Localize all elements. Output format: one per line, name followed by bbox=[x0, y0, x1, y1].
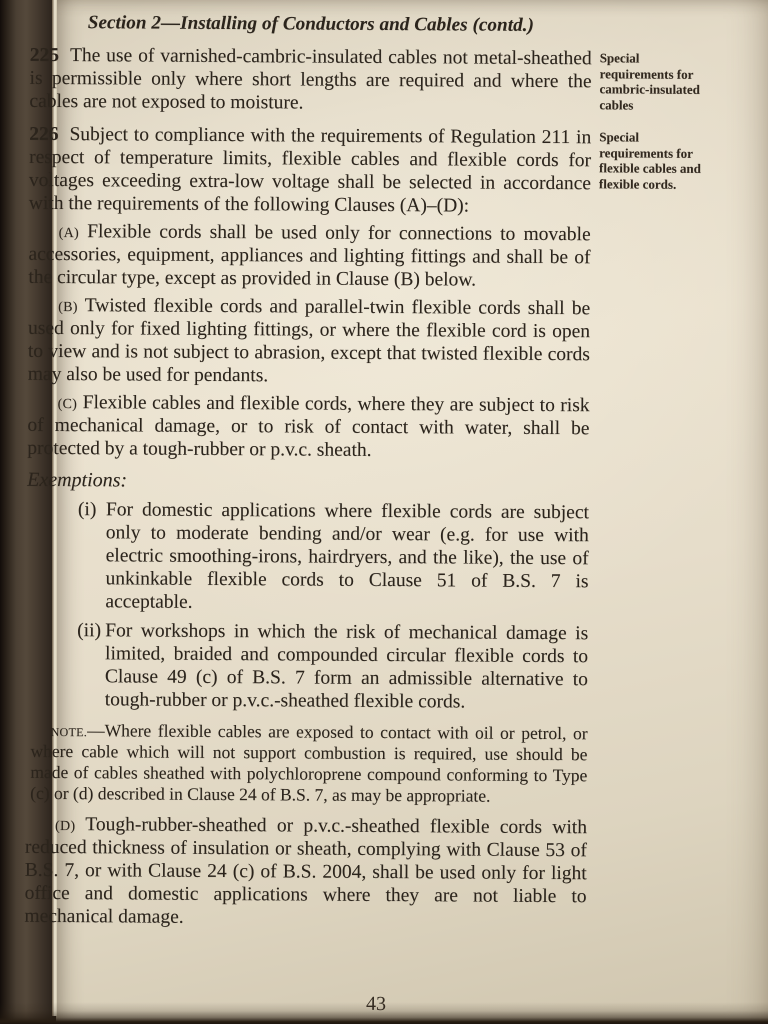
margin-note-cambric: Special requirements for cambric-insulat… bbox=[599, 50, 713, 113]
exemption-i-text: For domestic applications where flexible… bbox=[105, 499, 589, 613]
clause-c-text: Flexible cables and flexible cords, wher… bbox=[27, 392, 589, 461]
note-text: —Where flexible cables are exposed to co… bbox=[30, 720, 587, 805]
exemption-i-label: (i) bbox=[78, 498, 97, 521]
clause-c-label: (C) bbox=[58, 392, 78, 413]
note-label: Note. bbox=[51, 720, 88, 740]
clause-c: (C) Flexible cables and flexible cords, … bbox=[27, 391, 589, 463]
clause-d-text: Tough-rubber-sheathed or p.v.c.-sheathed… bbox=[24, 814, 587, 928]
clause-a-label: (A) bbox=[59, 221, 79, 242]
clause-a: (A) Flexible cords shall be used only fo… bbox=[28, 220, 590, 292]
section-header: Section 2—Installing of Conductors and C… bbox=[30, 11, 592, 37]
clause-b: (B) Twisted flexible cords and parallel-… bbox=[28, 294, 591, 389]
clause-d-label: (D) bbox=[55, 814, 75, 835]
exemption-ii-text: For workshops in which the risk of mecha… bbox=[105, 620, 589, 712]
exemption-i: (i)For domestic applications where flexi… bbox=[105, 498, 589, 616]
clause-a-text: Flexible cords shall be used only for co… bbox=[28, 221, 590, 290]
exemption-ii: (ii)For workshops in which the risk of m… bbox=[105, 619, 589, 714]
regulation-226-text: 226Subject to compliance with the requir… bbox=[29, 123, 592, 218]
regulation-number: 226 bbox=[29, 124, 58, 145]
clause-b-label: (B) bbox=[58, 295, 78, 316]
regulation-body: The use of varnished-cambric-insulated c… bbox=[29, 45, 591, 113]
regulation-225-text: 225The use of varnished-cambric-insulate… bbox=[29, 44, 591, 116]
clause-d: (D) Tough-rubber-sheathed or p.v.c.-shea… bbox=[24, 813, 587, 931]
regulation-number: 225 bbox=[30, 45, 59, 66]
note-paragraph: Note.—Where flexible cables are exposed … bbox=[30, 720, 588, 807]
exemptions-heading: Exemptions: bbox=[27, 469, 717, 496]
regulation-225: 225The use of varnished-cambric-insulate… bbox=[29, 44, 719, 117]
regulation-body: Subject to compliance with the requireme… bbox=[29, 124, 592, 216]
regulation-226: 226Subject to compliance with the requir… bbox=[29, 123, 720, 219]
page-content: Section 2—Installing of Conductors and C… bbox=[24, 11, 720, 932]
page-bottom-shadow bbox=[0, 1002, 768, 1024]
margin-note-flexible: Special requirements for flexible cables… bbox=[599, 129, 713, 192]
exemption-ii-label: (ii) bbox=[77, 619, 101, 642]
clause-b-text: Twisted flexible cords and parallel-twin… bbox=[28, 295, 591, 386]
book-page-photo: Section 2—Installing of Conductors and C… bbox=[0, 0, 768, 1024]
